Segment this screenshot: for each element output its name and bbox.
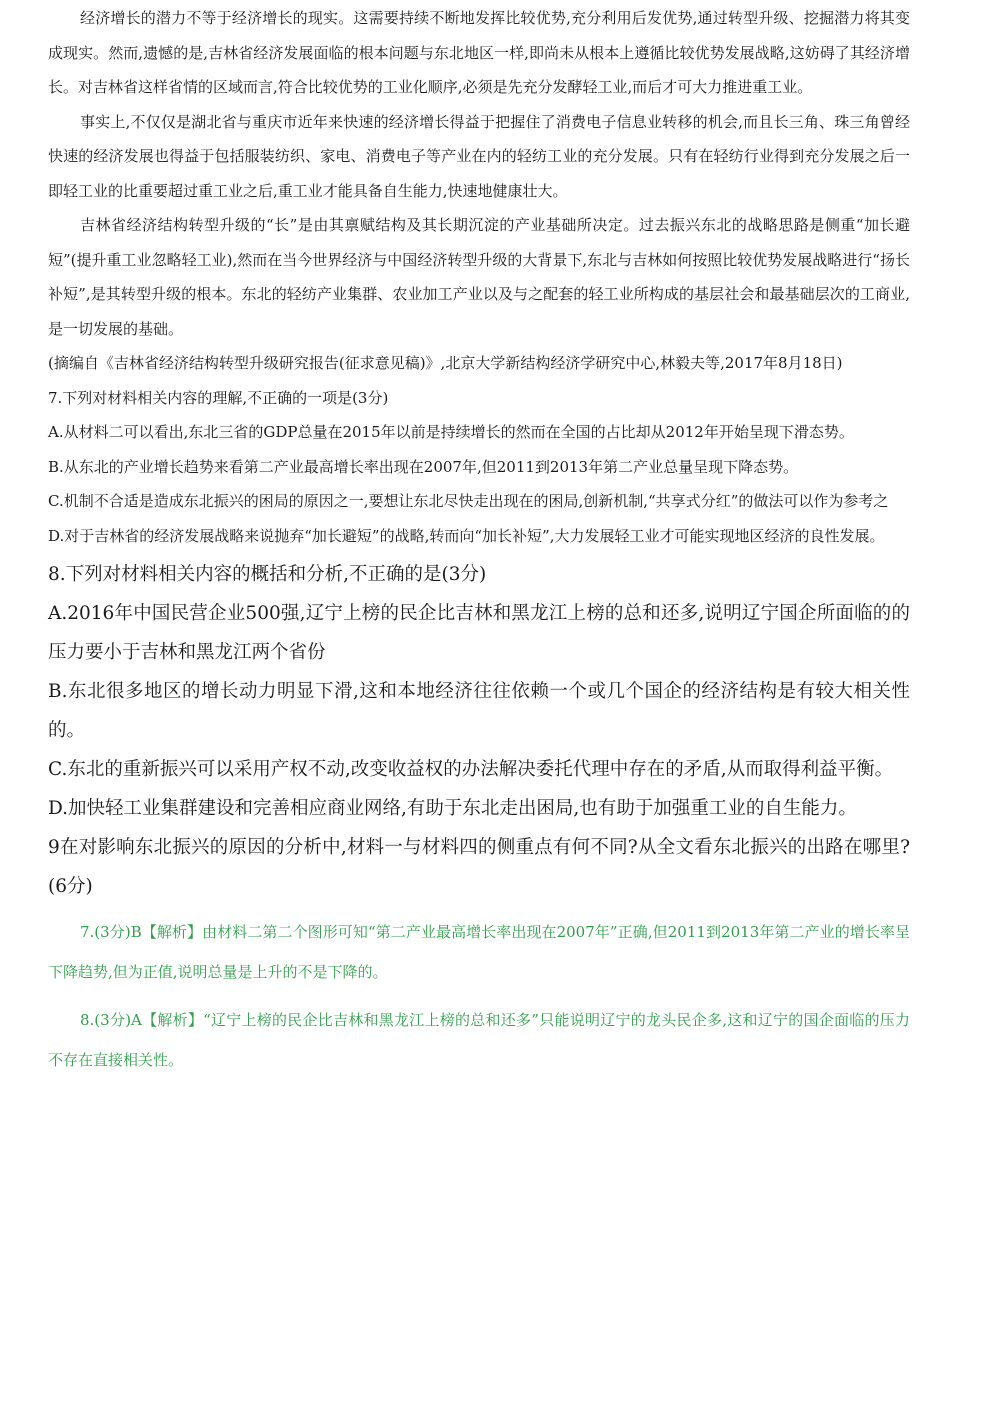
option-d: D.对于吉林省的经济发展战略来说抛弃“加长避短”的战略,转而向“加长补短”,大力… bbox=[48, 519, 910, 554]
question-8: 8.下列对材料相关内容的概括和分析,不正确的是(3分) A.2016年中国民营企… bbox=[48, 555, 910, 828]
question-stem: 8.下列对材料相关内容的概括和分析,不正确的是(3分) bbox=[48, 555, 910, 594]
question-stem: 7.下列对材料相关内容的理解,不正确的一项是(3分) bbox=[48, 381, 910, 416]
question-7: 7.下列对材料相关内容的理解,不正确的一项是(3分) A.从材料二可以看出,东北… bbox=[48, 381, 910, 554]
passage-paragraph-2: 事实上,不仅仅是湖北省与重庆市近年来快速的经济增长得益于把握住了消费电子信息业转… bbox=[48, 105, 910, 209]
question-9: 9在对影响东北振兴的原因的分析中,材料一与材料四的侧重点有何不同?从全文看东北振… bbox=[48, 828, 910, 906]
option-c: C.东北的重新振兴可以采用产权不动,改变收益权的办法解决委托代理中存在的矛盾,从… bbox=[48, 750, 910, 789]
option-b: B.从东北的产业增长趋势来看第二产业最高增长率出现在2007年,但2011到20… bbox=[48, 450, 910, 485]
answer-text: 7.(3分)B【解析】由材料二第二个图形可知“第二产业最高增长率出现在2007年… bbox=[48, 912, 910, 992]
answer-7: 7.(3分)B【解析】由材料二第二个图形可知“第二产业最高增长率出现在2007年… bbox=[48, 912, 910, 992]
answer-8: 8.(3分)A【解析】“辽宁上榜的民企比吉林和黑龙江上榜的总和还多”只能说明辽宁… bbox=[48, 1000, 910, 1080]
passage-paragraph-1: 经济增长的潜力不等于经济增长的现实。这需要持续不断地发挥比较优势,充分利用后发优… bbox=[48, 1, 910, 105]
option-a: A.2016年中国民营企业500强,辽宁上榜的民企比吉林和黑龙江上榜的总和还多,… bbox=[48, 594, 910, 672]
answer-explanations: 7.(3分)B【解析】由材料二第二个图形可知“第二产业最高增长率出现在2007年… bbox=[48, 912, 910, 1080]
answer-text: 8.(3分)A【解析】“辽宁上榜的民企比吉林和黑龙江上榜的总和还多”只能说明辽宁… bbox=[48, 1000, 910, 1080]
option-a: A.从材料二可以看出,东北三省的GDP总量在2015年以前是持续增长的然而在全国… bbox=[48, 415, 910, 450]
passage-source: (摘编自《吉林省经济结构转型升级研究报告(征求意见稿)》,北京大学新结构经济学研… bbox=[48, 346, 910, 381]
option-b: B.东北很多地区的增长动力明显下滑,这和本地经济往往依赖一个或几个国企的经济结构… bbox=[48, 672, 910, 750]
passage: 经济增长的潜力不等于经济增长的现实。这需要持续不断地发挥比较优势,充分利用后发优… bbox=[48, 1, 910, 381]
option-d: D.加快轻工业集群建设和完善相应商业网络,有助于东北走出困局,也有助于加强重工业… bbox=[48, 789, 910, 828]
question-stem: 9在对影响东北振兴的原因的分析中,材料一与材料四的侧重点有何不同?从全文看东北振… bbox=[48, 828, 910, 906]
option-c: C.机制不合适是造成东北振兴的困局的原因之一,要想让东北尽快走出现在的困局,创新… bbox=[48, 484, 910, 519]
passage-paragraph-3: 吉林省经济结构转型升级的“长”是由其禀赋结构及其长期沉淀的产业基础所决定。过去振… bbox=[48, 208, 910, 346]
document-page: 经济增长的潜力不等于经济增长的现实。这需要持续不断地发挥比较优势,充分利用后发优… bbox=[48, 0, 910, 1080]
